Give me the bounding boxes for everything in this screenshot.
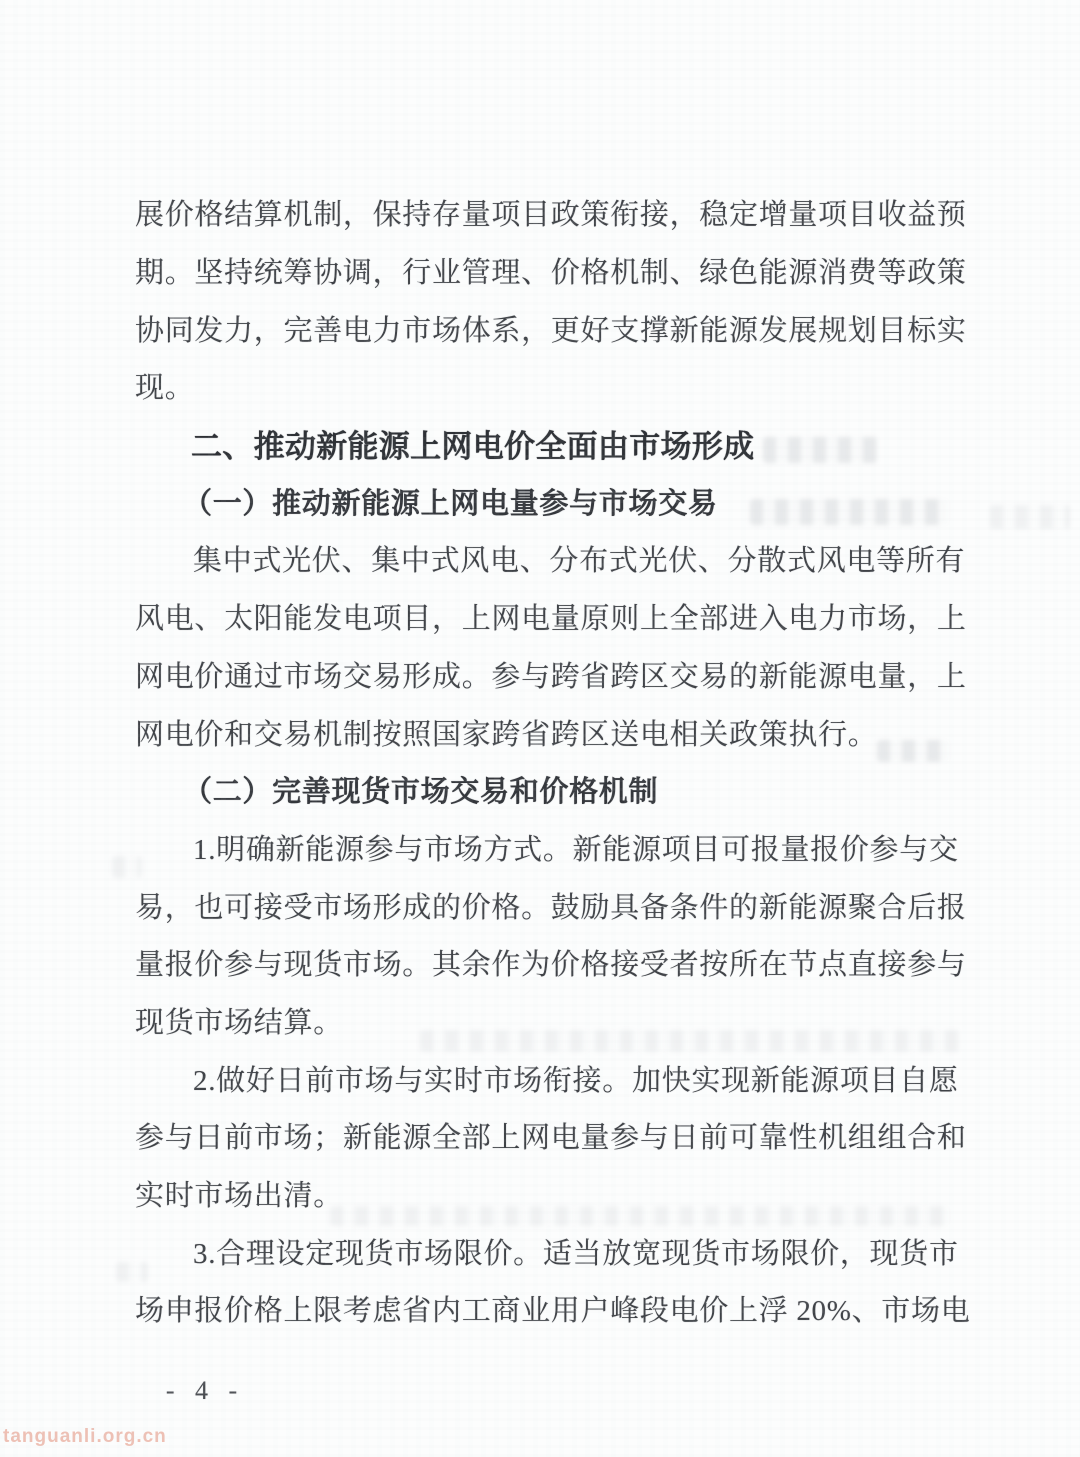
text-line: 展价格结算机制，保持存量项目政策衔接，稳定增量项目收益预 bbox=[135, 184, 975, 242]
text-line: 参与日前市场；新能源全部上网电量参与日前可靠性机组组合和 bbox=[135, 1107, 975, 1165]
document-text-block: 展价格结算机制，保持存量项目政策衔接，稳定增量项目收益预期。坚持统筹协调，行业管… bbox=[135, 184, 975, 1338]
text-line: 实时市场出清。 bbox=[135, 1165, 975, 1223]
section-heading: 二、推动新能源上网电价全面由市场形成 bbox=[135, 415, 975, 473]
text-line: 现。 bbox=[135, 357, 975, 415]
text-line: 场申报价格上限考虑省内工商业用户峰段电价上浮 20%、市场电 bbox=[135, 1280, 975, 1338]
text-line: 现货市场结算。 bbox=[135, 992, 975, 1050]
text-line: 风电、太阳能发电项目，上网电量原则上全部进入电力市场，上 bbox=[135, 588, 975, 646]
text-line: 期。坚持统筹协调，行业管理、价格机制、绿色能源消费等政策 bbox=[135, 242, 975, 300]
text-line: 量报价参与现货市场。其余作为价格接受者按所在节点直接参与 bbox=[135, 934, 975, 992]
subsection-heading: （二）完善现货市场交易和价格机制 bbox=[135, 761, 975, 819]
text-line: 3.合理设定现货市场限价。适当放宽现货市场限价，现货市 bbox=[135, 1222, 975, 1280]
text-line: 1.明确新能源参与市场方式。新能源项目可报量报价参与交 bbox=[135, 819, 975, 877]
text-line: 网电价通过市场交易形成。参与跨省跨区交易的新能源电量，上 bbox=[135, 646, 975, 704]
text-line: 集中式光伏、集中式风电、分布式光伏、分散式风电等所有 bbox=[135, 530, 975, 588]
text-line: 易，也可接受市场形成的价格。鼓励具备条件的新能源聚合后报 bbox=[135, 876, 975, 934]
scanned-document-page: 展价格结算机制，保持存量项目政策衔接，稳定增量项目收益预期。坚持统筹协调，行业管… bbox=[0, 0, 1080, 1457]
watermark: tanguanli.org.cn bbox=[3, 1426, 167, 1448]
subsection-heading: （一）推动新能源上网电量参与市场交易 bbox=[135, 472, 975, 530]
bleed-through-mark bbox=[990, 505, 1070, 529]
page-number: - 4 - bbox=[150, 1376, 260, 1406]
text-line: 2.做好日前市场与实时市场衔接。加快实现新能源项目自愿 bbox=[135, 1049, 975, 1107]
text-line: 协同发力，完善电力市场体系，更好支撑新能源发展规划目标实 bbox=[135, 299, 975, 357]
text-line: 网电价和交易机制按照国家跨省跨区送电相关政策执行。 bbox=[135, 703, 975, 761]
